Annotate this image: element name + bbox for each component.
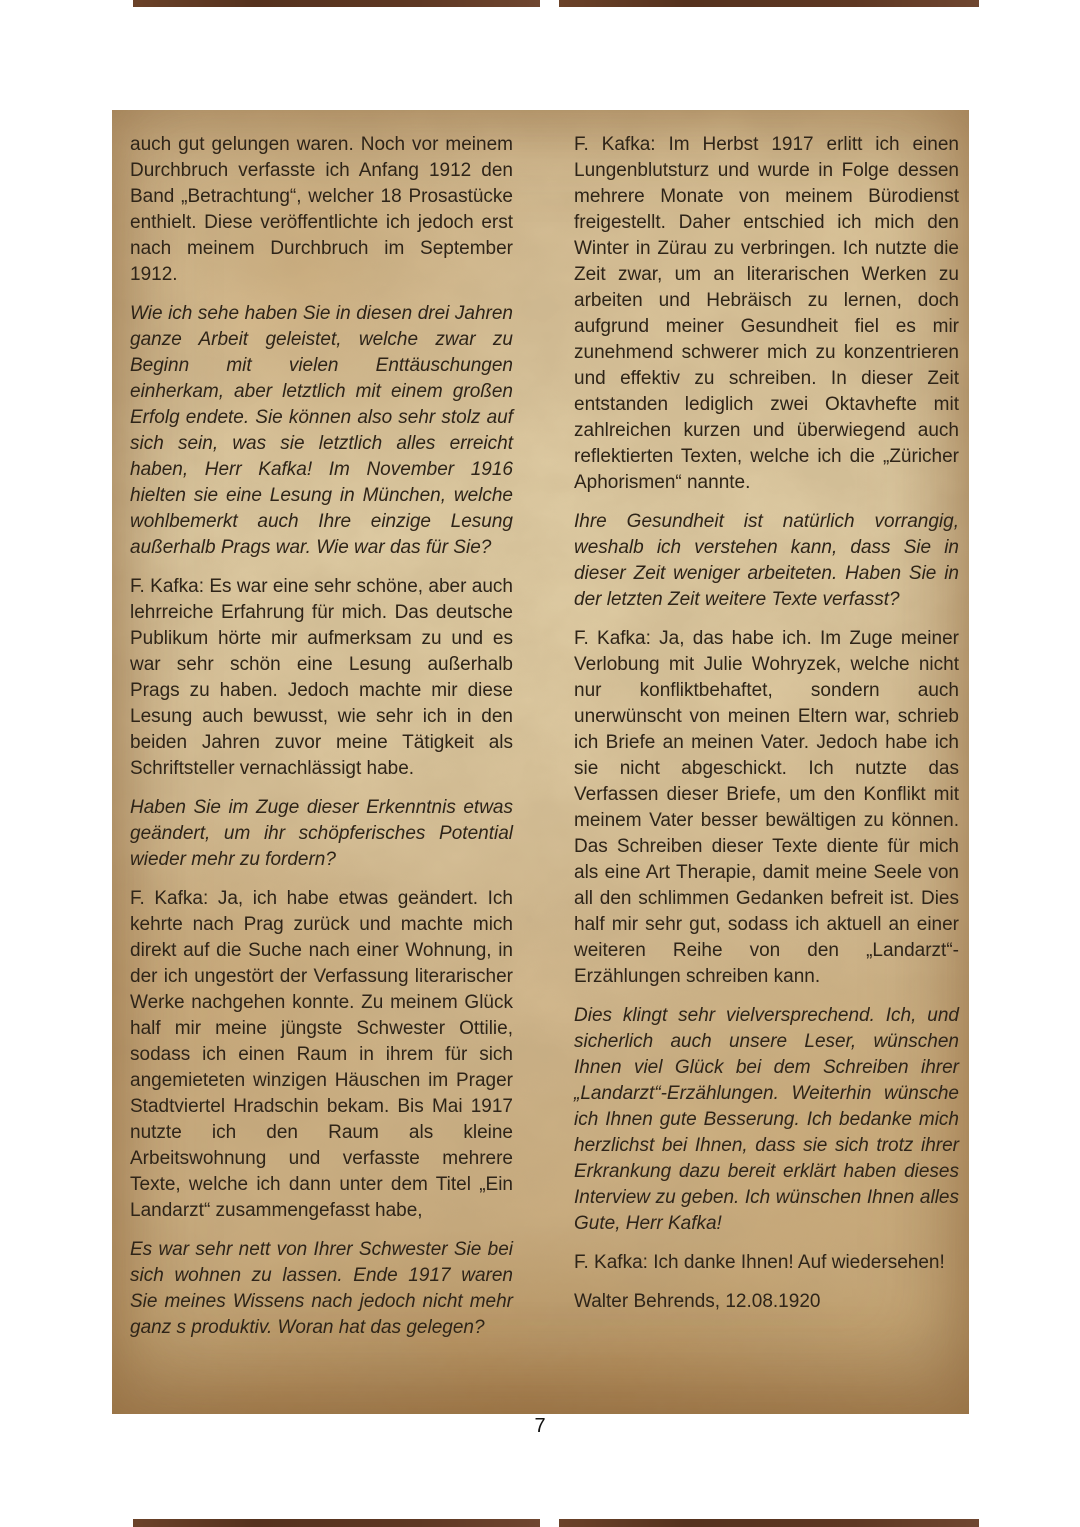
prev-page-edge-right-column — [559, 0, 979, 7]
interview-answer: F. Kafka: Im Herbst 1917 erlitt ich eine… — [574, 132, 959, 496]
interview-answer: F. Kafka: Ja, ich habe etwas geändert. I… — [130, 886, 513, 1224]
right-column: F. Kafka: Im Herbst 1917 erlitt ich eine… — [574, 132, 959, 1328]
left-column: auch gut gelungen waren. Noch vor meinem… — [130, 132, 513, 1354]
interview-answer: F. Kafka: Ich danke Ihnen! Auf wiederseh… — [574, 1250, 959, 1276]
interviewer-question: Wie ich sehe haben Sie in diesen drei Ja… — [130, 301, 513, 561]
interviewer-question: Haben Sie im Zuge dieser Erkenntnis etwa… — [130, 795, 513, 873]
interview-answer: F. Kafka: Ja, das habe ich. Im Zuge mein… — [574, 626, 959, 990]
interviewer-question: Es war sehr nett von Ihrer Schwester Sie… — [130, 1237, 513, 1341]
next-page-edge-left-column — [133, 1519, 540, 1527]
page-number: 7 — [0, 1412, 1080, 1440]
interview-answer: F. Kafka: Es war eine sehr schöne, aber … — [130, 574, 513, 782]
prev-page-edge-left-column — [133, 0, 540, 7]
interview-answer: auch gut gelungen waren. Noch vor meinem… — [130, 132, 513, 288]
interviewer-question: Ihre Gesundheit ist natürlich vorrangig,… — [574, 509, 959, 613]
interview-answer: Walter Behrends, 12.08.1920 — [574, 1289, 959, 1315]
document-page: auch gut gelungen waren. Noch vor meinem… — [112, 110, 969, 1414]
interviewer-question: Dies klingt sehr vielversprechend. Ich, … — [574, 1003, 959, 1237]
next-page-edge-right-column — [559, 1519, 979, 1527]
